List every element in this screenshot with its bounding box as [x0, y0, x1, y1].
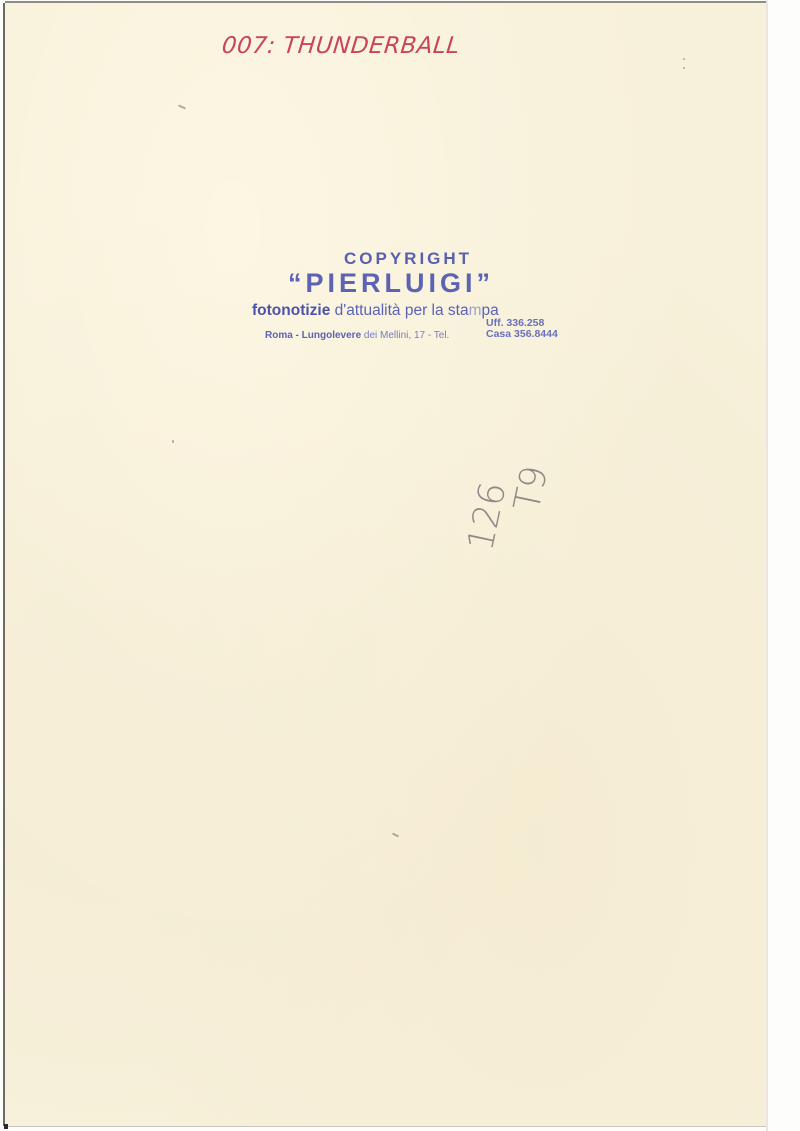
stamp-address-light: dei Mellini, 17 - Tel.: [361, 330, 449, 341]
stamp-copyright-label: COPYRIGHT: [344, 249, 472, 269]
paper-speck: [172, 440, 174, 443]
stamp-address-bold: Roma - Lungolevere: [265, 330, 361, 341]
paper-speck: [683, 67, 685, 69]
stamp-agency-name: “PIERLUIGI”: [288, 268, 494, 299]
stamp-tagline-bold: fotonotizie: [252, 302, 330, 319]
corner-mark: [4, 1124, 8, 1129]
stamp-phone-home: Casa 356.8444: [486, 329, 558, 340]
stamp-phones: Uff. 336.258 Casa 356.8444: [486, 318, 558, 340]
paper-speck: [683, 58, 685, 60]
stamp-tagline-rest: d'attualità per la sta: [330, 302, 468, 319]
stamp-address: Roma - Lungolevere dei Mellini, 17 - Tel…: [265, 330, 449, 341]
photo-back-paper: [5, 3, 766, 1126]
handwritten-title: 007: THUNDERBALL: [221, 33, 461, 59]
stamp-tagline: fotonotizie d'attualità per la stampa: [252, 302, 499, 320]
paper-edge: [766, 0, 768, 1131]
stamp-tagline-faint: m: [469, 302, 482, 319]
